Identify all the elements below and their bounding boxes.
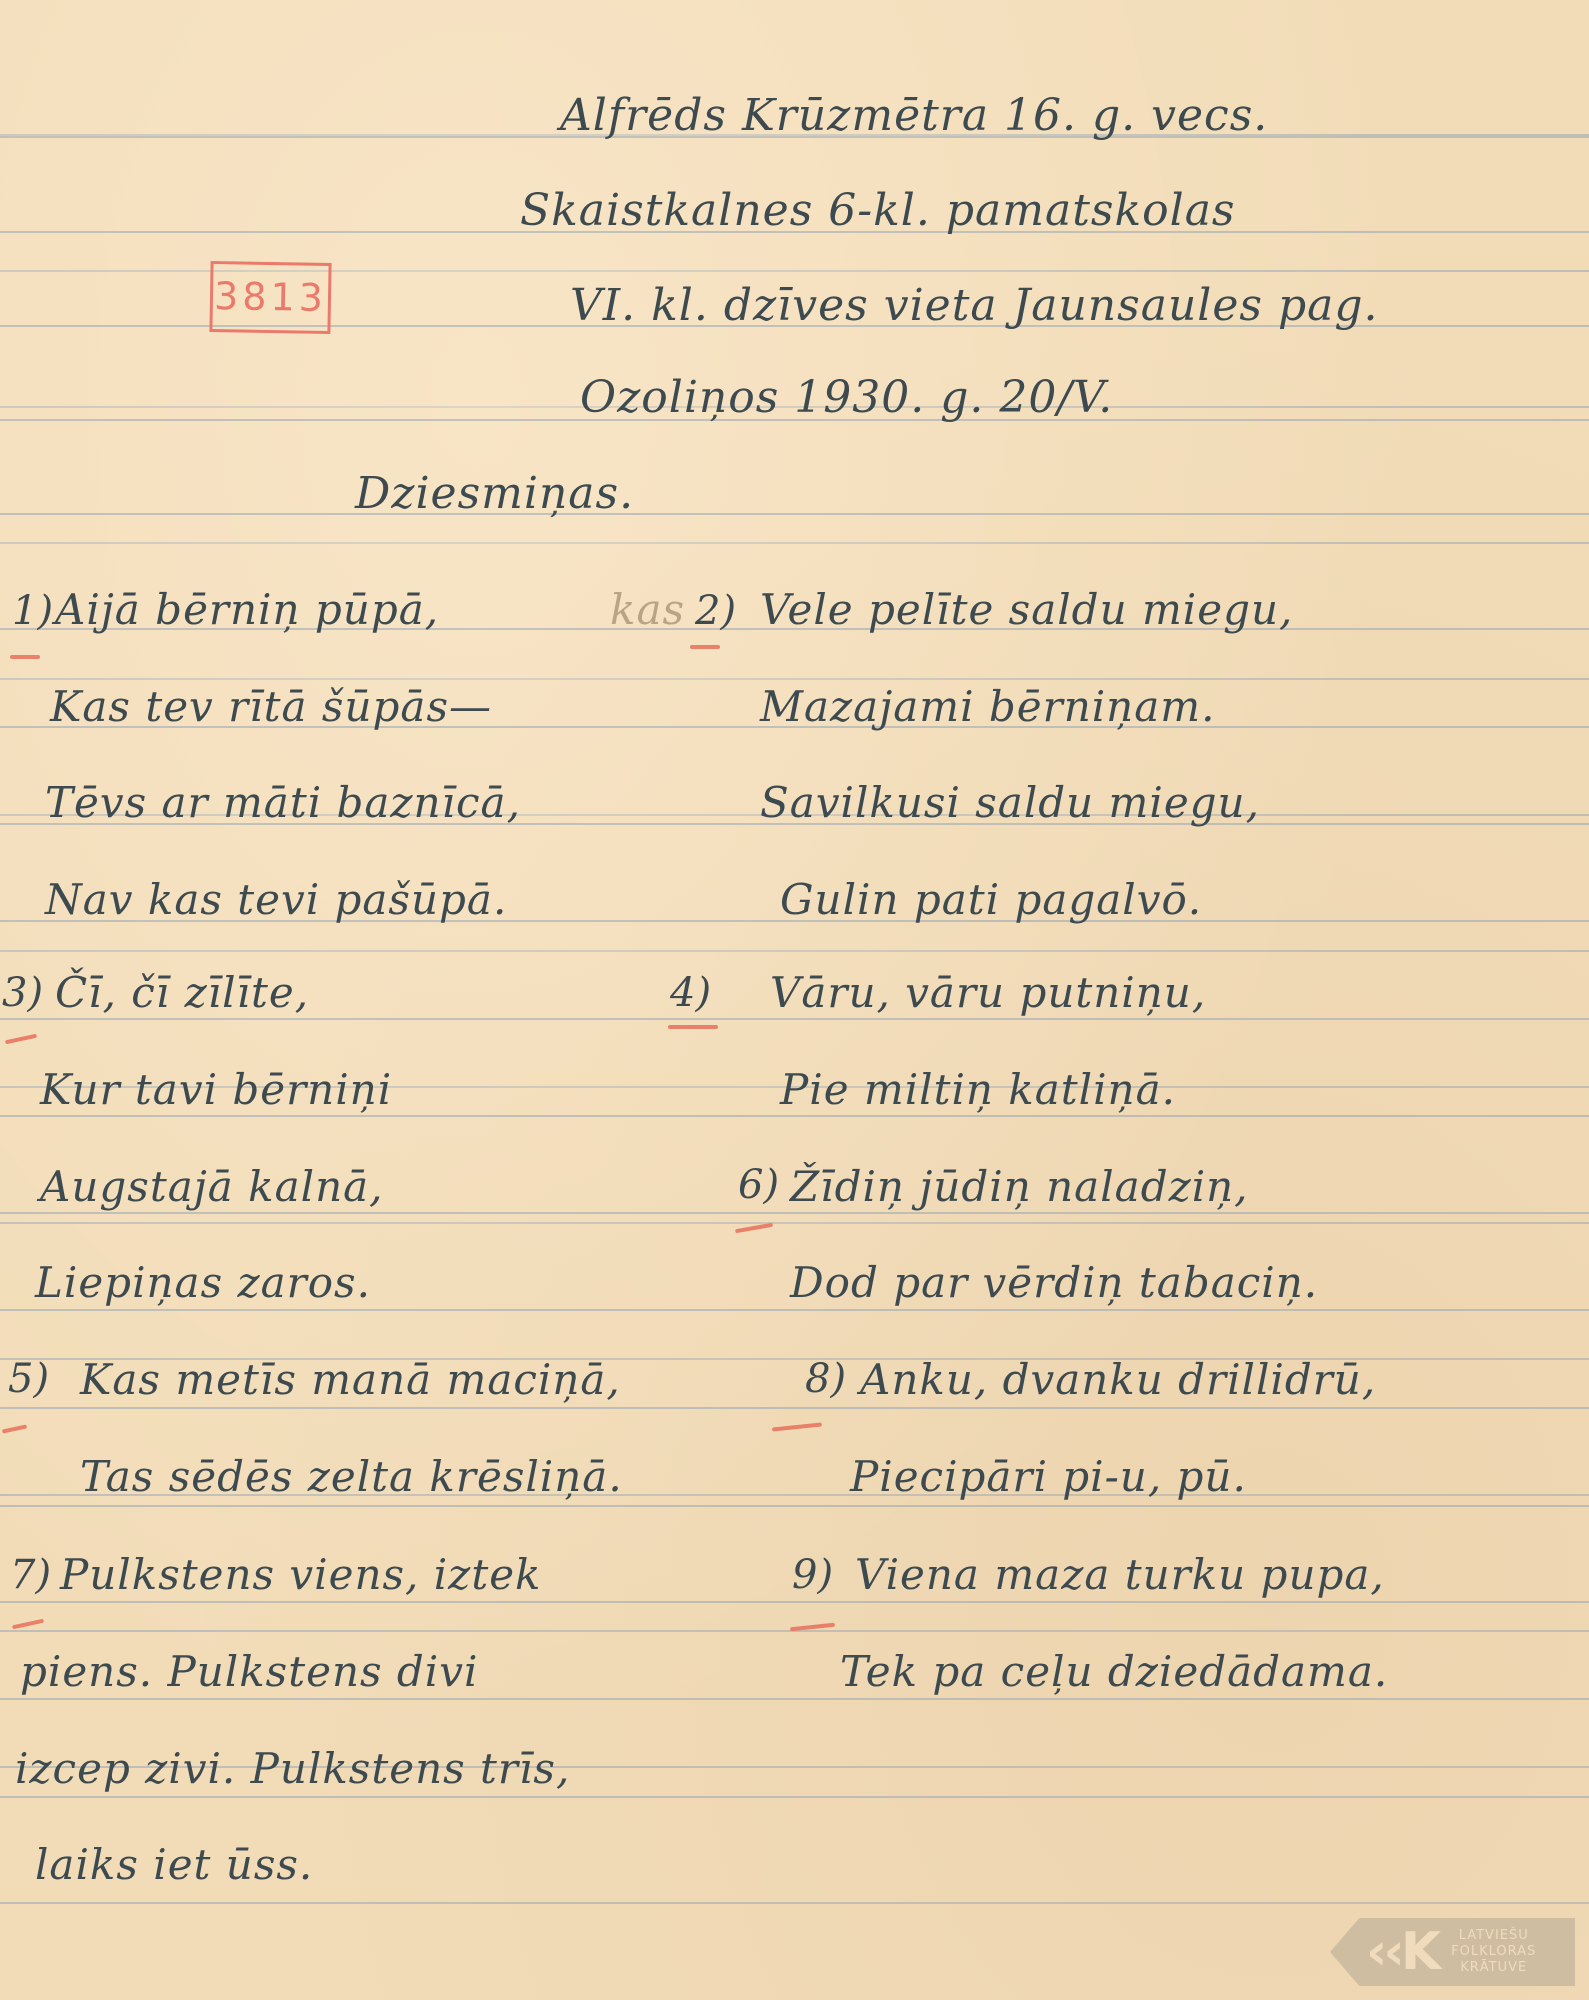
verse-line: Anku, dvanku drillidrū, [860, 1355, 1376, 1404]
song-number: 4) [670, 970, 711, 1016]
verse-line: laiks iet ūss. [35, 1840, 313, 1889]
verse-line: Pulkstens viens, iztek [60, 1550, 542, 1599]
verse-line: Tas sēdēs zelta krēsliņā. [80, 1452, 623, 1501]
red-underline-mark [5, 1034, 37, 1045]
verse-line: Piecipāri pi-u, pū. [850, 1452, 1247, 1501]
logo-text-line: KRĀTUVE [1451, 1960, 1536, 1976]
rule-line [0, 1698, 1589, 1700]
rule-line [0, 1212, 1589, 1214]
logo-text: LATVIEŠU FOLKLORAS KRĀTUVE [1451, 1928, 1536, 1976]
red-underline-mark [12, 1619, 44, 1630]
logo-text-line: FOLKLORAS [1451, 1944, 1536, 1960]
red-underline-mark [790, 1623, 835, 1632]
header-line-residence: VI. kl. dzīves vieta Jaunsaules pag. [570, 280, 1379, 331]
song-number: 7) [10, 1552, 51, 1598]
song-number: 9) [792, 1552, 833, 1598]
song-number: 3) [2, 970, 43, 1016]
rule-line [0, 1407, 1589, 1409]
verse-line: Gulin pati pagalvō. [780, 875, 1202, 924]
archive-logo: ‹‹K LATVIEŠU FOLKLORAS KRĀTUVE [1330, 1918, 1575, 1986]
verse-line: Pie miltiņ katliņā. [780, 1065, 1176, 1114]
song-number: 5) [8, 1356, 49, 1402]
header-line-place-date: Ozoliņos 1930. g. 20/V. [580, 372, 1113, 423]
verse-line: Žīdiņ jūdiņ naladziņ, [790, 1162, 1249, 1211]
song-number: 1) [12, 588, 53, 634]
verse-line: Nav kas tevi pašūpā. [45, 875, 507, 924]
verse-line: piens. Pulkstens divi [20, 1647, 478, 1696]
red-underline-mark [690, 645, 720, 649]
rule-line [0, 1115, 1589, 1117]
song-number: 2) [695, 588, 736, 634]
verse-line: Vāru, vāru putniņu, [770, 968, 1206, 1017]
verse-line: Kas metīs manā maciņā, [80, 1355, 621, 1404]
red-underline-mark [2, 1424, 27, 1433]
song-number: 8) [805, 1356, 846, 1402]
verse-line: Liepiņas zaros. [35, 1258, 371, 1307]
verse-line: Mazajami bērniņam. [760, 682, 1215, 731]
verse-line: Tek pa ceļu dziedādama. [840, 1647, 1388, 1696]
verse-line: Tēvs ar māti baznīcā, [45, 778, 521, 827]
struck-word: kas [610, 585, 685, 634]
archive-number-box: 3813 [209, 261, 331, 334]
rule-line [0, 1505, 1589, 1507]
verse-line: Augstajā kalnā, [40, 1162, 384, 1211]
verse-line: Viena maza turku pupa, [855, 1550, 1385, 1599]
logo-text-line: LATVIEŠU [1451, 1928, 1536, 1944]
verse-line: Vele pelīte saldu miegu, [760, 585, 1293, 634]
verse-line: Savilkusi saldu miegu, [760, 778, 1260, 827]
verse-line: Kur tavi bērniņi [40, 1065, 392, 1114]
rule-line [0, 1796, 1589, 1798]
lfk-logo-icon: ‹‹K [1366, 1922, 1437, 1982]
rule-line [0, 1018, 1589, 1020]
red-underline-mark [772, 1422, 822, 1431]
rule-line [0, 1601, 1589, 1603]
verse-line: Aijā bērniņ pūpā, [55, 585, 439, 634]
rule-line [0, 1309, 1589, 1311]
red-underline-mark [735, 1223, 773, 1234]
header-line-author: Alfrēds Krūzmētra 16. g. vecs. [560, 90, 1268, 141]
verse-line: Dod par vērdiņ tabaciņ. [790, 1258, 1318, 1307]
rule-line [0, 513, 1589, 515]
page-title: Dziesmiņas. [355, 468, 634, 519]
verse-line: izcep zivi. Pulkstens trīs, [15, 1744, 570, 1793]
manuscript-page: 3813 Alfrēds Krūzmētra 16. g. vecs. Skai… [0, 0, 1589, 2000]
red-underline-mark [668, 1025, 718, 1029]
song-number: 6) [738, 1162, 779, 1208]
red-underline-mark [10, 655, 40, 659]
verse-line: Kas tev rītā šūpās— [50, 682, 492, 731]
header-line-school: Skaistkalnes 6-kl. pamatskolas [520, 185, 1236, 236]
verse-line: Čī, čī zīlīte, [55, 968, 309, 1017]
